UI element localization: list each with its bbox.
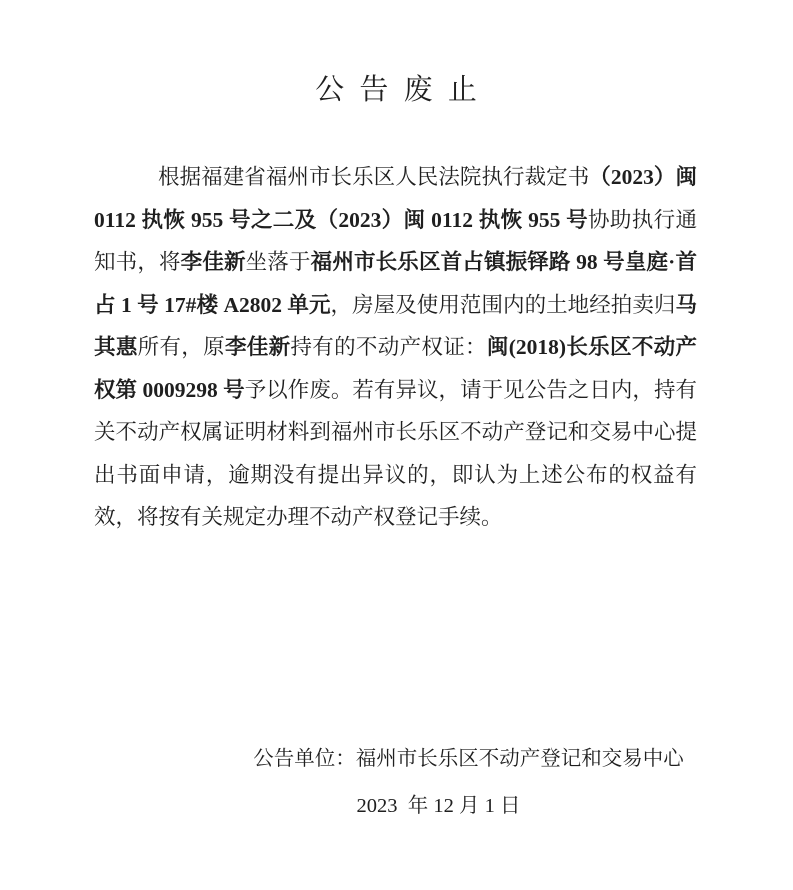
text-segment: ，房屋及使用范围内的土地经拍卖归 <box>331 293 676 317</box>
page-title: 公 告 废 止 <box>0 0 793 108</box>
text-segment-bold: 李佳新 <box>181 250 246 274</box>
announcement-document: 公 告 废 止 根据福建省福州市长乐区人民法院执行裁定书（2023）闽 0112… <box>0 0 793 890</box>
text-segment-bold: 李佳新 <box>225 335 290 359</box>
text-segment: 持有的不动产权证： <box>290 335 486 359</box>
text-segment: 坐落于 <box>246 250 311 274</box>
text-segment: 所有，原 <box>138 335 225 359</box>
text-segment: 根据福建省福州市长乐区人民法院执行裁定书 <box>158 165 589 189</box>
footer-date: 2023 年 12 月 1 日 <box>84 792 793 820</box>
footer-issuer: 公告单位：福州市长乐区不动产登记和交易中心 <box>144 745 793 773</box>
announcement-paragraph: 根据福建省福州市长乐区人民法院执行裁定书（2023）闽 0112 执恢 955 … <box>94 156 697 539</box>
